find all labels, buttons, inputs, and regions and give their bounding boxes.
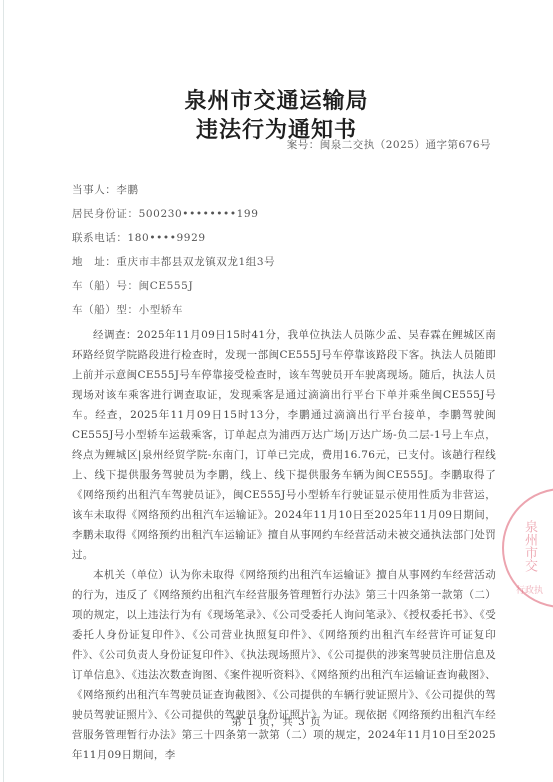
party-id-card: 居民身份证：500230••••••••199 — [72, 206, 258, 221]
party-name: 当事人：李鹏 — [72, 182, 139, 197]
document-body: 经调查：2025年11月09日15时41分，我单位执法人员陈少孟、吴春霖在鲤城区… — [72, 325, 496, 765]
investigation-paragraph: 经调查：2025年11月09日15时41分，我单位执法人员陈少孟、吴春霖在鲤城区… — [72, 325, 496, 565]
vehicle-type: 车（船）型：小型轿车 — [72, 302, 183, 317]
party-phone: 联系电话：180••••9929 — [72, 230, 206, 245]
determination-paragraph: 本机关（单位）认为你未取得《网络预约出租汽车运输证》擅自从事网约车经营活动的行为… — [72, 565, 496, 765]
issuer-title: 泉州市交通运输局 — [0, 84, 553, 115]
case-number: 案号：闽泉二交执（2025）通字第676号 — [287, 137, 491, 152]
party-address: 地 址：重庆市丰都县双龙镇双龙1组3号 — [72, 254, 275, 269]
seal-text: 泉州市交 — [520, 520, 539, 572]
page-number: 第 1 页，共 3 页 — [0, 714, 553, 729]
seal-subtext: 行政执 — [516, 583, 543, 596]
vehicle-plate: 车（船）号：闽CE555J — [72, 278, 193, 293]
